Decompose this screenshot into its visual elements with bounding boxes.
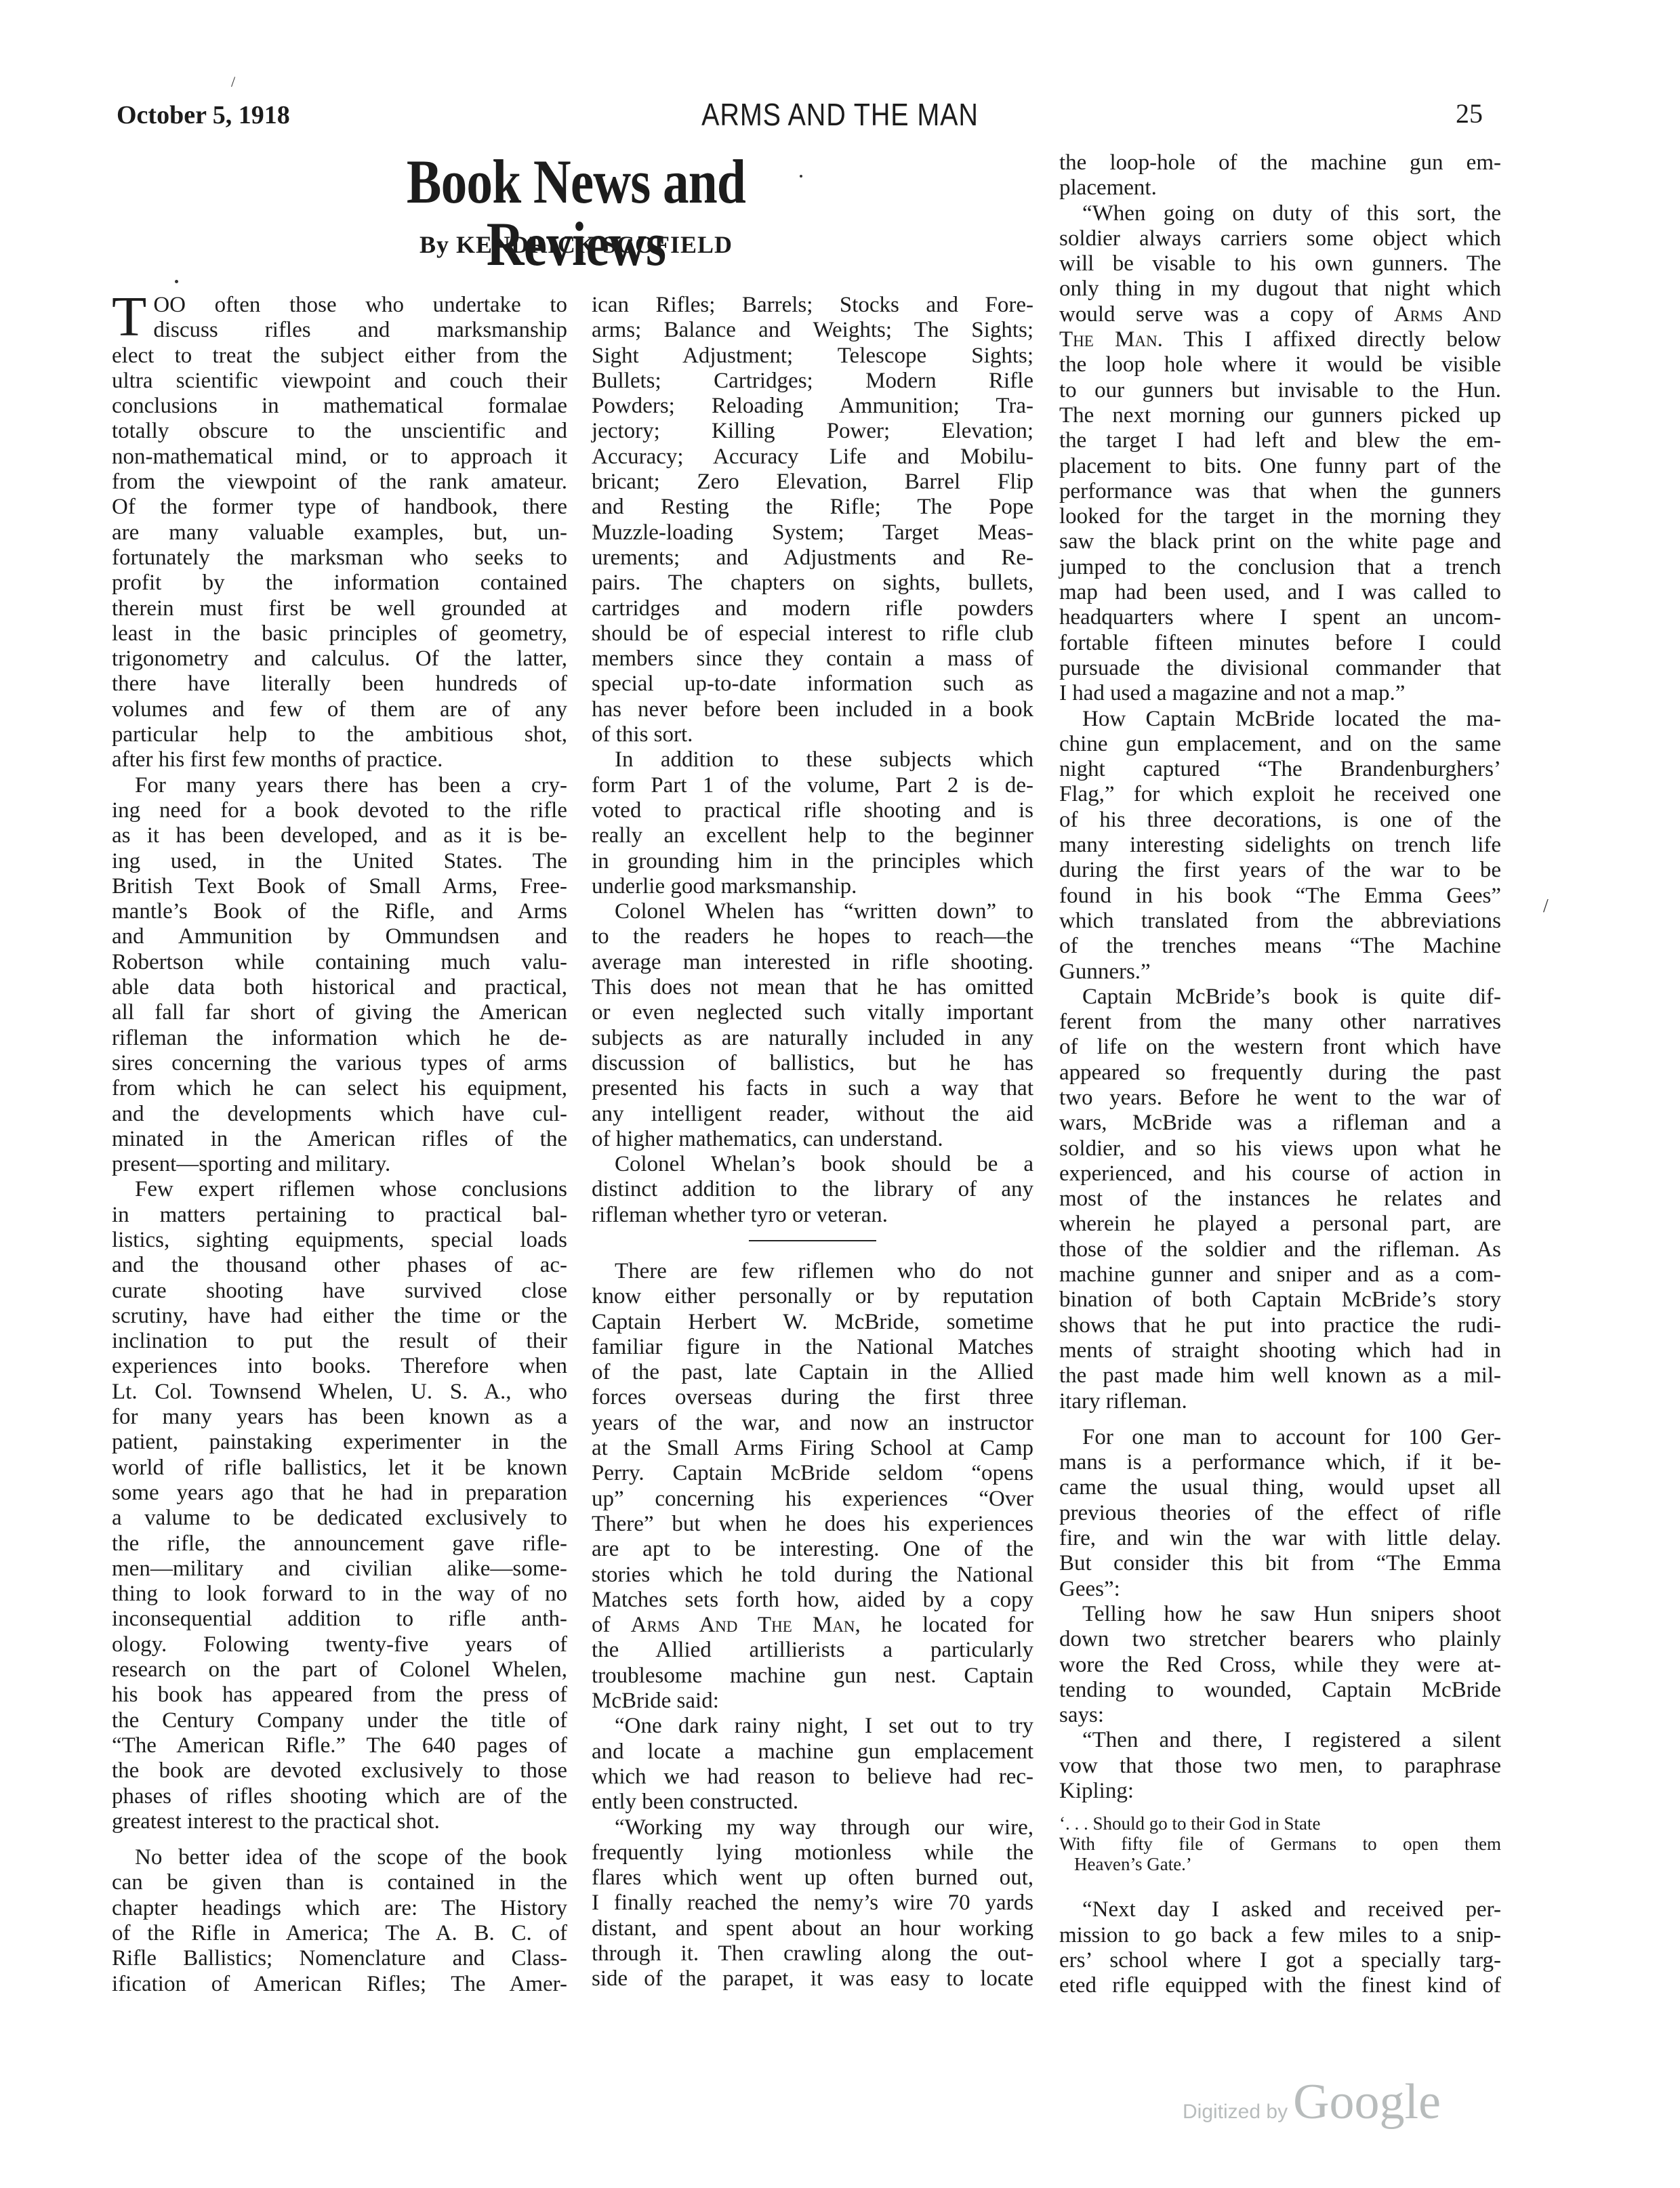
text-line: patient, painstaking experimenter in the bbox=[112, 1430, 567, 1455]
text-line: are many valuable examples, but, un- bbox=[112, 520, 567, 545]
text-line: “Working my way through our wire, bbox=[592, 1815, 1033, 1840]
text-line: forces overseas during the first three bbox=[592, 1385, 1033, 1410]
column-3-lines-top: the loop-hole of the machine gun em-plac… bbox=[1059, 150, 1501, 1804]
text-line: ferent from the many other narratives bbox=[1059, 1010, 1501, 1035]
article-byline: By KENDRICK SCOFIELD bbox=[271, 230, 881, 259]
text-line: presented his facts in such a way that bbox=[592, 1076, 1033, 1101]
text-line: mission to go back a few miles to a snip… bbox=[1059, 1923, 1501, 1948]
text-line: can be given than is contained in the bbox=[112, 1870, 567, 1895]
text-line: Kipling: bbox=[1059, 1779, 1501, 1804]
text-line: Flag,” for which exploit he received one bbox=[1059, 782, 1501, 807]
text-line: “When going on duty of this sort, the bbox=[1059, 201, 1501, 226]
paragraph-gap bbox=[1059, 1414, 1501, 1425]
text-line: flares which went up often burned out, bbox=[592, 1865, 1033, 1891]
text-line: rifleman the information which he de- bbox=[112, 1026, 567, 1051]
text-line: should be of especial interest to rifle … bbox=[592, 621, 1033, 646]
text-line: and Resting the Rifle; The Pope bbox=[592, 495, 1033, 520]
margin-mark: / bbox=[231, 73, 235, 91]
text-line: least in the basic principles of geometr… bbox=[112, 621, 567, 646]
text-line: “Next day I asked and received per- bbox=[1059, 1897, 1501, 1922]
text-line: elect to treat the subject either from t… bbox=[112, 344, 567, 369]
text-line: bricant; Zero Elevation, Barrel Flip bbox=[592, 470, 1033, 495]
text-line: pairs. The chapters on sights, bullets, bbox=[592, 571, 1033, 596]
text-line: profit by the information contained bbox=[112, 571, 567, 596]
margin-mark: / bbox=[1543, 896, 1549, 917]
text-line: cartridges and modern rifle powders bbox=[592, 596, 1033, 621]
text-line: fire, and win the war with little delay. bbox=[1059, 1526, 1501, 1551]
text-line: underlie good marksmanship. bbox=[592, 874, 1033, 899]
text-line: fortable fifteen minutes before I could bbox=[1059, 631, 1501, 656]
text-line: the Allied artillierists a particularly bbox=[592, 1638, 1033, 1663]
text-line: Captain Herbert W. McBride, sometime bbox=[592, 1310, 1033, 1335]
text-line: performance was that when the gunners bbox=[1059, 479, 1501, 504]
text-line: in grounding him in the principles which bbox=[592, 849, 1033, 874]
text-line: pursuade the divisional commander that bbox=[1059, 656, 1501, 681]
text-line: says: bbox=[1059, 1703, 1501, 1728]
text-line: of Arms And The Man, he located for bbox=[592, 1613, 1033, 1638]
text-line: the loop-hole of the machine gun em- bbox=[1059, 150, 1501, 176]
text-line: as it has been developed, and as it is b… bbox=[112, 823, 567, 848]
text-line: For many years there has been a cry- bbox=[112, 773, 567, 798]
drop-cap: T bbox=[112, 295, 146, 343]
column-3-lines-bottom: “Next day I asked and received per-missi… bbox=[1059, 1897, 1501, 1998]
text-line: those of the soldier and the rifleman. A… bbox=[1059, 1237, 1501, 1262]
section-divider bbox=[749, 1240, 876, 1241]
text-line: experiences into books. Therefore when bbox=[112, 1354, 567, 1379]
text-line: sires concerning the various types of ar… bbox=[112, 1051, 567, 1076]
text-line: Bullets; Cartridges; Modern Rifle bbox=[592, 369, 1033, 394]
text-line: Muzzle-loading System; Target Meas- bbox=[592, 520, 1033, 545]
text-line: map had been used, and I was called to bbox=[1059, 580, 1501, 605]
publication-name-smallcaps: Arms And bbox=[1394, 302, 1501, 327]
text-line: members since they contain a mass of bbox=[592, 646, 1033, 672]
text-line: mantle’s Book of the Rifle, and Arms bbox=[112, 899, 567, 924]
text-line: Few expert riflemen whose conclusions bbox=[112, 1177, 567, 1202]
paragraph-gap bbox=[112, 1834, 567, 1845]
text-line: eted rifle equipped with the finest kind… bbox=[1059, 1973, 1501, 1998]
column-2-lines-bottom: There are few riflemen who do notknow ei… bbox=[592, 1259, 1033, 1992]
text-line: listics, sighting equipments, special lo… bbox=[112, 1228, 567, 1253]
text-line: average man interested in rifle shooting… bbox=[592, 950, 1033, 975]
text-line: British Text Book of Small Arms, Free- bbox=[112, 874, 567, 899]
text-line: world of rifle ballistics, let it be kno… bbox=[112, 1456, 567, 1481]
text-line: This does not mean that he has omitted bbox=[592, 975, 1033, 1000]
poem-line: With fifty file of Germans to open them bbox=[1059, 1834, 1501, 1854]
column-2-lines-top: ican Rifles; Barrels; Stocks and Fore-ar… bbox=[592, 293, 1033, 1228]
text-line: Telling how he saw Hun snipers shoot bbox=[1059, 1602, 1501, 1627]
text-line: familiar figure in the National Matches bbox=[592, 1335, 1033, 1360]
text-line: wore the Red Cross, while they were at- bbox=[1059, 1653, 1501, 1678]
text-line: of higher mathematics, can understand. bbox=[592, 1127, 1033, 1152]
text-line: present—sporting and military. bbox=[112, 1152, 567, 1177]
text-line: men—military and civilian alike—some- bbox=[112, 1556, 567, 1582]
text-line: would serve was a copy of Arms And bbox=[1059, 302, 1501, 327]
text-line: the target I had left and blew the em- bbox=[1059, 428, 1501, 453]
text-line: or even neglected such vitally important bbox=[592, 1000, 1033, 1025]
text-line: fortunately the marksman who seeks to bbox=[112, 545, 567, 571]
text-line: No better idea of the scope of the book bbox=[112, 1845, 567, 1870]
text-line: ification of American Rifles; The Amer- bbox=[112, 1972, 567, 1997]
text-line: urements; and Adjustments and Re- bbox=[592, 545, 1033, 571]
text-line: jectory; Killing Power; Elevation; bbox=[592, 419, 1033, 444]
text-line: of this sort. bbox=[592, 722, 1033, 747]
text-line: from which he can select his equipment, bbox=[112, 1076, 567, 1101]
text-line: non-mathematical mind, or to approach it bbox=[112, 445, 567, 470]
text-line: Gees”: bbox=[1059, 1577, 1501, 1602]
text-line: For one man to account for 100 Ger- bbox=[1059, 1425, 1501, 1450]
text-line: form Part 1 of the volume, Part 2 is de- bbox=[592, 773, 1033, 798]
text-line: I had used a magazine and not a map.” bbox=[1059, 681, 1501, 706]
text-line: There are few riflemen who do not bbox=[592, 1259, 1033, 1284]
text-line: ers’ school where I got a specially targ… bbox=[1059, 1948, 1501, 1973]
watermark-prefix: Digitized by bbox=[1183, 2101, 1288, 2123]
text-line: But consider this bit from “The Emma bbox=[1059, 1551, 1501, 1576]
text-line: ing used, in the United States. The bbox=[112, 849, 567, 874]
text-line: machine gunner and sniper and as a com- bbox=[1059, 1262, 1501, 1287]
text-line: and the developments which have cul- bbox=[112, 1102, 567, 1127]
text-line: Sight Adjustment; Telescope Sights; bbox=[592, 344, 1033, 369]
text-line: In addition to these subjects which bbox=[592, 747, 1033, 772]
text-line: there have literally been hundreds of bbox=[112, 672, 567, 697]
text-line: the Century Company under the title of bbox=[112, 1708, 567, 1733]
text-line: inconsequential addition to rifle anth- bbox=[112, 1607, 567, 1632]
text-line: therein must first be well grounded at bbox=[112, 596, 567, 621]
column-3: the loop-hole of the machine gun em-plac… bbox=[1059, 150, 1501, 1998]
text-line: tending to wounded, Captain McBride bbox=[1059, 1678, 1501, 1703]
text-line: stories which he told during the Nationa… bbox=[592, 1563, 1033, 1588]
text-line: through it. Then crawling along the out- bbox=[592, 1941, 1033, 1966]
text-line: previous theories of the effect of rifle bbox=[1059, 1501, 1501, 1526]
text-line: inclination to put the result of their bbox=[112, 1329, 567, 1354]
text-line: ing need for a book devoted to the rifle bbox=[112, 798, 567, 823]
text-line: greatest interest to the practical shot. bbox=[112, 1809, 567, 1834]
text-line: ently been constructed. bbox=[592, 1790, 1033, 1815]
text-line: subjects as are naturally included in an… bbox=[592, 1026, 1033, 1051]
text-line: volumes and few of them are of any bbox=[112, 697, 567, 722]
text-line: OO often those who undertake to bbox=[112, 293, 567, 318]
text-line: How Captain McBride located the ma- bbox=[1059, 707, 1501, 732]
publication-title: ARMS AND THE MAN bbox=[118, 96, 1563, 133]
text-line: The next morning our gunners picked up bbox=[1059, 403, 1501, 428]
text-line: the loop hole where it would be visible bbox=[1059, 352, 1501, 377]
text-line: ology. Folowing twenty-five years of bbox=[112, 1632, 567, 1657]
text-line: came the usual thing, would upset all bbox=[1059, 1475, 1501, 1500]
text-line: ultra scientific viewpoint and couch the… bbox=[112, 369, 567, 394]
text-line: phases of rifles shooting which are of t… bbox=[112, 1784, 567, 1809]
text-line: shows that he put into practice the rudi… bbox=[1059, 1313, 1501, 1338]
text-line: of the trenches means “The Machine bbox=[1059, 934, 1501, 959]
text-line: up” concerning his experiences “Over bbox=[592, 1487, 1033, 1512]
text-line: during the first years of the war to be bbox=[1059, 858, 1501, 883]
text-line: Gunners.” bbox=[1059, 959, 1501, 985]
text-line: side of the parapet, it was easy to loca… bbox=[592, 1966, 1033, 1991]
column-1-lines: OO often those who undertake todiscuss r… bbox=[112, 293, 567, 1997]
text-line: know either personally or by reputation bbox=[592, 1284, 1033, 1309]
text-line: many interesting sidelights on trench li… bbox=[1059, 833, 1501, 858]
text-line: all fall far short of giving the America… bbox=[112, 1000, 567, 1025]
text-line: Accuracy; Accuracy Life and Mobilu- bbox=[592, 445, 1033, 470]
text-line: in matters pertaining to practical bal- bbox=[112, 1203, 567, 1228]
publication-name-smallcaps: The Man bbox=[1059, 327, 1157, 352]
text-line: at the Small Arms Firing School at Camp bbox=[592, 1436, 1033, 1461]
text-line: to our gunners but invisable to the Hun. bbox=[1059, 378, 1501, 403]
text-line: I finally reached the nemy’s wire 70 yar… bbox=[592, 1891, 1033, 1916]
text-line: headquarters where I spent an uncom- bbox=[1059, 605, 1501, 630]
text-line: the rifle, the announcement gave rifle- bbox=[112, 1531, 567, 1556]
digitized-by-google-watermark: Digitized byGoogle bbox=[1183, 2073, 1441, 2131]
text-line: and the thousand other phases of ac- bbox=[112, 1253, 567, 1278]
text-line: are apt to be interesting. One of the bbox=[592, 1537, 1033, 1562]
text-line: and Ammunition by Ommundsen and bbox=[112, 924, 567, 949]
text-line: discussion of ballistics, but he has bbox=[592, 1051, 1033, 1076]
text-line: research on the part of Colonel Whelen, bbox=[112, 1657, 567, 1683]
text-line: Lt. Col. Townsend Whelen, U. S. A., who bbox=[112, 1380, 567, 1405]
text-line: The Man. This I affixed directly below bbox=[1059, 327, 1501, 352]
text-line: thing to look forward to in the way of n… bbox=[112, 1582, 567, 1607]
text-line: really an excellent help to the beginner bbox=[592, 823, 1033, 848]
text-line: chapter headings which are: The History bbox=[112, 1896, 567, 1921]
text-line: special up-to-date information such as bbox=[592, 672, 1033, 697]
text-line: voted to practical rifle shooting and is bbox=[592, 798, 1033, 823]
text-line: wherein he played a personal part, are bbox=[1059, 1212, 1501, 1237]
text-line: minated in the American rifles of the bbox=[112, 1127, 567, 1152]
text-line: only thing in my dugout that night which bbox=[1059, 276, 1501, 302]
text-line: will be visable to his own gunners. The bbox=[1059, 251, 1501, 276]
text-line: which translated from the abbreviations bbox=[1059, 909, 1501, 934]
text-line: curate shooting have survived close bbox=[112, 1279, 567, 1304]
kipling-quote: ‘. . . Should go to their God in State W… bbox=[1059, 1813, 1501, 1874]
text-line: trigonometry and calculus. Of the latter… bbox=[112, 646, 567, 672]
text-line: night captured “The Brandenburghers’ bbox=[1059, 757, 1501, 782]
text-line: Colonel Whelen has “written down” to bbox=[592, 899, 1033, 924]
text-line: vow that those two men, to paraphrase bbox=[1059, 1754, 1501, 1779]
text-line: arms; Balance and Weights; The Sights; bbox=[592, 318, 1033, 343]
text-line: able data both historical and practical, bbox=[112, 975, 567, 1000]
text-line: frequently lying motionless while the bbox=[592, 1840, 1033, 1865]
text-line: distant, and spent about an hour working bbox=[592, 1916, 1033, 1941]
text-line: after his first few months of practice. bbox=[112, 747, 567, 772]
text-line: which we had reason to believe had rec- bbox=[592, 1764, 1033, 1790]
text-line: mans is a performance which, if it be- bbox=[1059, 1450, 1501, 1475]
text-line: “One dark rainy night, I set out to try bbox=[592, 1714, 1033, 1739]
text-line: There” but when he does his experiences bbox=[592, 1512, 1033, 1537]
text-line: conclusions in mathematical formalae bbox=[112, 394, 567, 419]
column-2: ican Rifles; Barrels; Stocks and Fore-ar… bbox=[592, 293, 1033, 1992]
text-line: saw the black print on the white page an… bbox=[1059, 529, 1501, 554]
text-line: of the Rifle in America; The A. B. C. of bbox=[112, 1921, 567, 1946]
text-line: wars, McBride was a rifleman and a bbox=[1059, 1111, 1501, 1136]
text-line: has never before been included in a book bbox=[592, 697, 1033, 722]
text-line: Perry. Captain McBride seldom “opens bbox=[592, 1461, 1033, 1486]
text-line: his book has appeared from the press of bbox=[112, 1683, 567, 1708]
text-line: most of the instances he relates and bbox=[1059, 1186, 1501, 1212]
text-line: Rifle Ballistics; Nomenclature and Class… bbox=[112, 1946, 567, 1971]
text-line: looked for the target in the morning the… bbox=[1059, 504, 1501, 529]
text-line: Robertson while containing much valu- bbox=[112, 950, 567, 975]
text-line: jumped to the conclusion that a trench bbox=[1059, 555, 1501, 580]
text-line: two years. Before he went to the war of bbox=[1059, 1086, 1501, 1111]
text-line: chine gun emplacement, and on the same bbox=[1059, 732, 1501, 757]
publication-title-text: ARMS AND THE MAN bbox=[701, 96, 979, 133]
text-line: “The American Rifle.” The 640 pages of bbox=[112, 1733, 567, 1758]
poem-line: Heaven’s Gate.’ bbox=[1059, 1854, 1501, 1874]
text-line: a valume to be dedicated exclusively to bbox=[112, 1506, 567, 1531]
text-line: rifleman whether tyro or veteran. bbox=[592, 1203, 1033, 1228]
text-line: any intelligent reader, without the aid bbox=[592, 1102, 1033, 1127]
text-line: totally obscure to the unscientific and bbox=[112, 419, 567, 444]
publication-name-smallcaps: Arms And The Man bbox=[631, 1613, 855, 1637]
text-line: down two stretcher bearers who plainly bbox=[1059, 1627, 1501, 1652]
text-line: Colonel Whelan’s book should be a bbox=[592, 1152, 1033, 1177]
text-line: for many years has been known as a bbox=[112, 1405, 567, 1430]
text-line: “Then and there, I registered a silent bbox=[1059, 1728, 1501, 1753]
print-speck bbox=[175, 280, 178, 283]
text-line: ments of straight shooting which had in bbox=[1059, 1338, 1501, 1363]
text-line: of life on the western front which have bbox=[1059, 1035, 1501, 1060]
text-line: placement. bbox=[1059, 176, 1501, 201]
text-line: scrutiny, have had either the time or th… bbox=[112, 1304, 567, 1329]
text-line: placement to bits. One funny part of the bbox=[1059, 454, 1501, 479]
google-logo-text: Google bbox=[1293, 2074, 1441, 2130]
text-line: Matches sets forth how, aided by a copy bbox=[592, 1588, 1033, 1613]
text-line: the past made him well known as a mil- bbox=[1059, 1363, 1501, 1388]
text-line: Powders; Reloading Ammunition; Tra- bbox=[592, 394, 1033, 419]
text-line: soldier always carriers some object whic… bbox=[1059, 226, 1501, 251]
print-speck bbox=[800, 175, 802, 178]
text-line: McBride said: bbox=[592, 1689, 1033, 1714]
text-line: some years ago that he had in preparatio… bbox=[112, 1481, 567, 1506]
text-line: distinct addition to the library of any bbox=[592, 1177, 1033, 1202]
page-number: 25 bbox=[1456, 98, 1483, 129]
text-line: ican Rifles; Barrels; Stocks and Fore- bbox=[592, 293, 1033, 318]
text-line: from the viewpoint of the rank amateur. bbox=[112, 470, 567, 495]
text-line: soldier, and so his views upon what he bbox=[1059, 1136, 1501, 1161]
text-line: experienced, and his course of action in bbox=[1059, 1161, 1501, 1186]
text-line: the book are devoted exclusively to thos… bbox=[112, 1758, 567, 1783]
text-line: bination of both Captain McBride’s story bbox=[1059, 1287, 1501, 1313]
text-line: appeared so frequently during the past bbox=[1059, 1060, 1501, 1086]
text-line: troublesome machine gun nest. Captain bbox=[592, 1664, 1033, 1689]
text-line: discuss rifles and marksmanship bbox=[112, 318, 567, 343]
text-line: years of the war, and now an instructor bbox=[592, 1411, 1033, 1436]
text-line: Of the former type of handbook, there bbox=[112, 495, 567, 520]
text-line: itary rifleman. bbox=[1059, 1389, 1501, 1414]
text-line: particular help to the ambitious shot, bbox=[112, 722, 567, 747]
text-line: of his three decorations, is one of the bbox=[1059, 808, 1501, 833]
poem-line: ‘. . . Should go to their God in State bbox=[1059, 1813, 1501, 1834]
text-line: of the past, late Captain in the Allied bbox=[592, 1360, 1033, 1385]
text-line: to the readers he hopes to reach—the bbox=[592, 924, 1033, 949]
text-line: found in his book “The Emma Gees” bbox=[1059, 884, 1501, 909]
text-line: Captain McBride’s book is quite dif- bbox=[1059, 985, 1501, 1010]
text-line: and locate a machine gun emplacement bbox=[592, 1739, 1033, 1764]
column-1: T OO often those who undertake todiscuss… bbox=[112, 293, 567, 1997]
